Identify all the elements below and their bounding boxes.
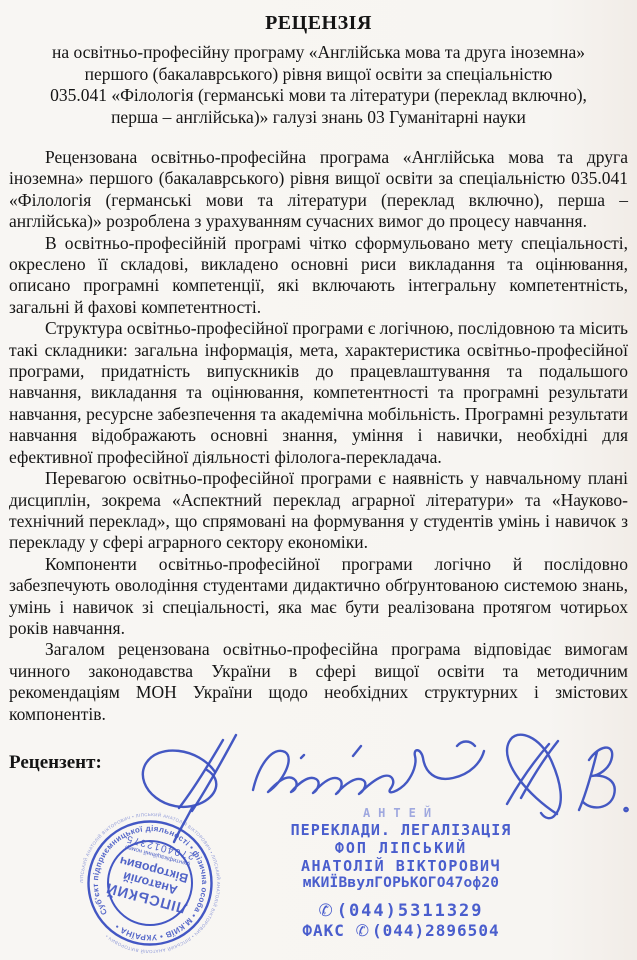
signature-stroke: [301, 742, 475, 759]
handwritten-signature: [105, 718, 637, 845]
signature-stroke: [253, 750, 484, 794]
subtitle-line: першого (бакалаврського) рівня вищої осв…: [9, 64, 628, 86]
paragraph: Загалом рецензована освітньо-професійна …: [9, 639, 628, 725]
stamp-fax-label: ФАКС: [302, 921, 345, 940]
page-title: РЕЦЕНЗІЯ: [9, 12, 628, 35]
signature-stroke: [579, 748, 628, 812]
stamp-address-line: мКИЇВвулГОРЬКОГО47оф20: [281, 875, 521, 891]
document-body: Рецензована освітньо-професійна програма…: [9, 147, 628, 725]
scanned-review-document: РЕЦЕНЗІЯ на освітньо-професійну програму…: [0, 0, 637, 960]
paragraph: Перевагою освітньо-професійної програми …: [9, 468, 628, 554]
subtitle-line: 035.041 «Філологія (германські мови та л…: [9, 85, 628, 107]
phone-icon: ✆: [318, 901, 334, 921]
signature-stroke: [143, 751, 216, 842]
stamp-fax-line: ФАКС ✆(044)2896504: [281, 921, 521, 940]
stamp-fax-number: (044)2896504: [372, 921, 500, 940]
phone-icon: ✆: [356, 921, 370, 940]
signature-stroke: [507, 735, 561, 819]
paragraph: Компоненти освітньо-професійної програми…: [9, 554, 628, 640]
paragraph: Структура освітньо-професійної програми …: [9, 318, 628, 468]
subtitle-line: на освітньо-професійну програму «Англійс…: [9, 42, 628, 64]
paragraph: Рецензована освітньо-професійна програма…: [9, 147, 628, 233]
stamp-name-line: АНАТОЛІЙ ВІКТОРОВИЧ: [281, 857, 521, 875]
subtitle-line: перша – англійська)» галузі знань 03 Гум…: [9, 107, 628, 129]
stamp-phone-line: ✆(044)5311329: [281, 901, 521, 921]
paragraph: В освітньо-професійній програмі чітко сф…: [9, 233, 628, 319]
document-subtitle: на освітньо-професійну програму «Англійс…: [9, 42, 628, 128]
stamp-phone-number: (044)5311329: [337, 901, 484, 921]
